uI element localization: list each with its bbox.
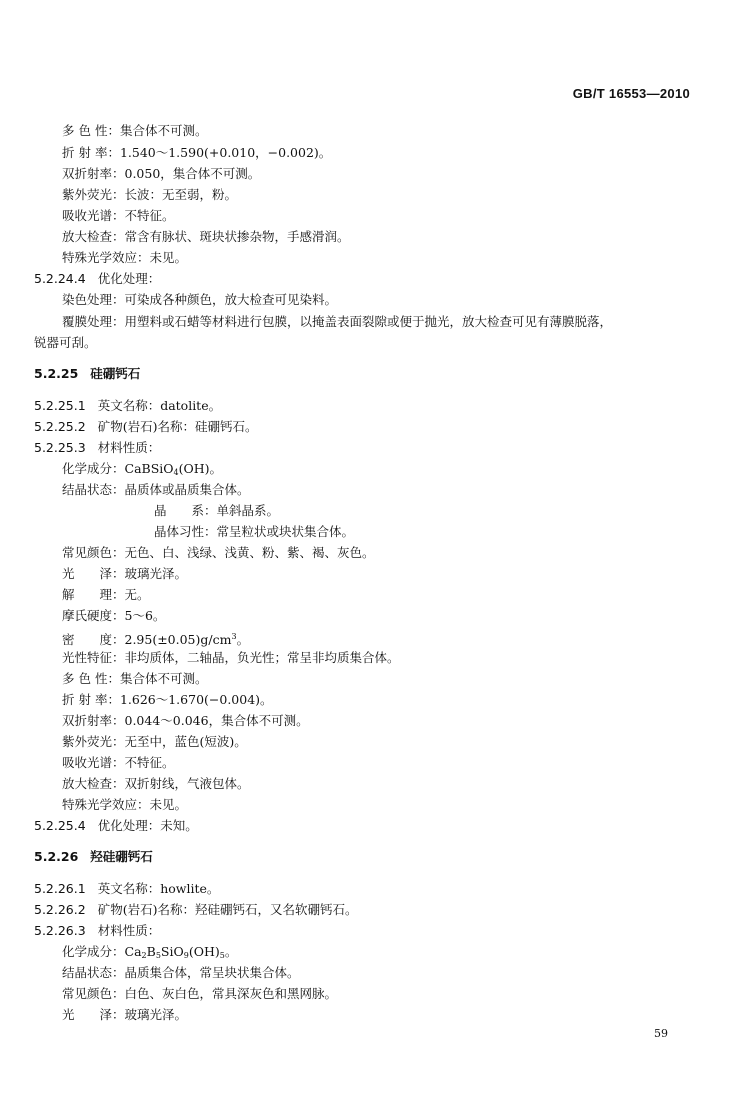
subsection-5-2-24-4: 5.2.24.4优化处理： [34,271,160,287]
property-line: 双折射率：0.050，集合体不可测。 [62,166,260,182]
property-line: 双折射率：0.044～0.046，集合体不可测。 [62,713,309,729]
property-line: 光性特征：非均质体，二轴晶，负光性；常呈非均质集合体。 [62,650,400,666]
clause-5-2-26-3: 5.2.26.3材料性质： [34,923,160,939]
property-line-continuation: 锐器可刮。 [34,335,97,351]
clause-5-2-25-3: 5.2.25.3材料性质： [34,440,160,456]
formula-tail: 。 [225,944,238,959]
section-title: 羟硅硼钙石 [90,849,153,864]
clause-text: 材料性质： [98,440,161,455]
section-heading-5-2-25: 5.2.25硅硼钙石 [34,366,140,382]
formula-part: SiO [161,944,184,959]
section-number: 5.2.25 [34,366,78,381]
property-line: 结晶状态：晶质体或晶质集合体。 [62,482,250,498]
property-line: 紫外荧光：无至中，蓝色(短波)。 [62,734,247,750]
density-line: 密 度：2.95(±0.05)g/cm3。 [62,629,249,648]
property-line: 特殊光学效应：未见。 [62,250,187,266]
clause-number: 5.2.26.2 [34,902,86,917]
label: 密 度：2.95(±0.05)g/cm [62,632,231,647]
property-line: 晶体习性：常呈粒状或块状集合体。 [154,524,354,540]
chemical-formula-line: 化学成分：CaBSiO4(OH)。 [62,461,222,481]
formula-tail: (OH)。 [179,461,222,476]
property-line: 常见颜色：无色、白、浅绿、浅黄、粉、紫、褐、灰色。 [62,545,375,561]
clause-text: 矿物(岩石)名称：羟硅硼钙石，又名软硼钙石。 [98,902,358,917]
clause-text: 英文名称：howlite。 [98,881,220,896]
clause-number: 5.2.26.1 [34,881,86,896]
clause-number: 5.2.25.4 [34,818,86,833]
property-line: 染色处理：可染成各种颜色，放大检查可见染料。 [62,292,337,308]
property-line: 覆膜处理：用塑料或石蜡等材料进行包膜，以掩盖表面裂隙或便于抛光，放大检查可见有薄… [62,314,612,330]
property-line: 光 泽：玻璃光泽。 [62,1007,187,1023]
property-line: 晶 系：单斜晶系。 [154,503,279,519]
property-line: 解 理：无。 [62,587,150,603]
clause-number: 5.2.26.3 [34,923,86,938]
property-line: 多 色 性：集合体不可测。 [62,671,207,687]
formula-part: B [147,944,156,959]
property-line: 常见颜色：白色、灰白色，常具深灰色和黑网脉。 [62,986,337,1002]
label: 化学成分： [62,461,125,476]
clause-title: 优化处理： [98,271,161,286]
chemical-formula-line: 化学成分：Ca2B5SiO9(OH)5。 [62,944,237,964]
clause-text: 优化处理：未知。 [98,818,198,833]
property-line: 光 泽：玻璃光泽。 [62,566,187,582]
property-line: 吸收光谱：不特征。 [62,755,175,771]
label: 化学成分： [62,944,125,959]
property-line: 结晶状态：晶质集合体，常呈块状集合体。 [62,965,300,981]
clause-5-2-25-4: 5.2.25.4优化处理：未知。 [34,818,198,834]
property-line: 摩氏硬度：5～6。 [62,608,165,624]
formula: CaBSiO [125,461,174,476]
clause-5-2-25-1: 5.2.25.1英文名称：datolite。 [34,398,221,414]
tail: 。 [237,632,250,647]
section-heading-5-2-26: 5.2.26羟硅硼钙石 [34,849,153,865]
standard-header: GB/T 16553—2010 [573,86,690,101]
document-page: GB/T 16553—2010 多 色 性：集合体不可测。 折 射 率：1.54… [0,0,750,1095]
property-line: 吸收光谱：不特征。 [62,208,175,224]
clause-text: 材料性质： [98,923,161,938]
clause-5-2-26-1: 5.2.26.1英文名称：howlite。 [34,881,219,897]
property-line: 放大检查：双折射线，气液包体。 [62,776,250,792]
page-number: 59 [654,1027,668,1040]
clause-5-2-26-2: 5.2.26.2矿物(岩石)名称：羟硅硼钙石，又名软硼钙石。 [34,902,357,918]
clause-text: 英文名称：datolite。 [98,398,221,413]
clause-number: 5.2.24.4 [34,271,86,286]
section-title: 硅硼钙石 [90,366,140,381]
property-line: 折 射 率：1.626～1.670(−0.004)。 [62,692,273,708]
property-line: 紫外荧光：长波：无至弱，粉。 [62,187,237,203]
clause-5-2-25-2: 5.2.25.2矿物(岩石)名称：硅硼钙石。 [34,419,257,435]
formula-part: Ca [125,944,142,959]
property-line: 折 射 率：1.540～1.590(+0.010，−0.002)。 [62,145,331,161]
clause-number: 5.2.25.2 [34,419,86,434]
section-number: 5.2.26 [34,849,78,864]
property-line: 特殊光学效应：未见。 [62,797,187,813]
clause-number: 5.2.25.3 [34,440,86,455]
property-line: 放大检查：常含有脉状、斑块状掺杂物，手感滑润。 [62,229,350,245]
property-line: 多 色 性：集合体不可测。 [62,123,207,139]
formula-part: (OH) [189,944,220,959]
clause-text: 矿物(岩石)名称：硅硼钙石。 [98,419,258,434]
clause-number: 5.2.25.1 [34,398,86,413]
